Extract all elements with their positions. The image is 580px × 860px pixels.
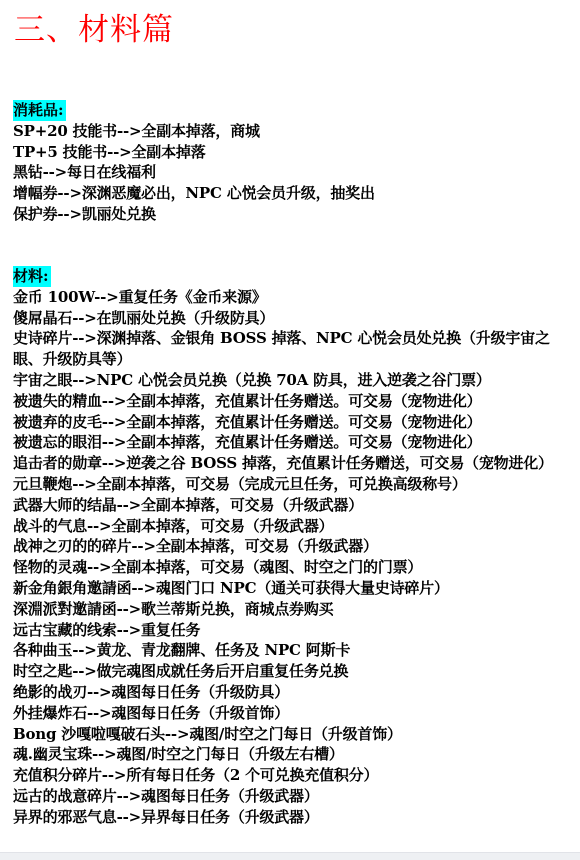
list-item: 外挂爆炸石-->魂图每日任务（升级首饰）: [13, 703, 573, 724]
list-item: 怪物的灵魂-->全副本掉落，可交易（魂图、时空之门的门票）: [13, 557, 573, 578]
list-item: 被遗忘的眼泪-->全副本掉落，充值累计任务赠送。可交易（宠物进化）: [13, 432, 573, 453]
list-item: 追击者的勋章-->逆袭之谷 BOSS 掉落，充值累计任务赠送，可交易（宠物进化）: [13, 453, 573, 474]
list-item: 充值积分碎片-->所有每日任务（2 个可兑换充值积分）: [13, 765, 573, 786]
list-item: 魂.幽灵宝珠-->魂图/时空之门每日（升级左右槽）: [13, 744, 573, 765]
list-item: SP+20 技能书-->全副本掉落，商城: [13, 121, 573, 142]
list-item: 时空之匙-->做完魂图成就任务后开启重复任务兑换: [13, 661, 573, 682]
consumables-label: 消耗品:: [13, 100, 66, 121]
materials-section: 材料: 金币 100W-->重复任务《金币来源》 傻屌晶石-->在凯丽处兑换（升…: [13, 266, 573, 828]
list-item: 宇宙之眼-->NPC 心悦会员兑换（兑换 70A 防具，进入逆袭之谷门票）: [13, 370, 573, 391]
list-item: 傻屌晶石-->在凯丽处兑换（升级防具）: [13, 308, 573, 329]
list-item: 战斗的气息-->全副本掉落，可交易（升级武器）: [13, 516, 573, 537]
document-page: 三、材料篇 消耗品: SP+20 技能书-->全副本掉落，商城 TP+5 技能书…: [0, 0, 580, 852]
list-item: 各种曲玉-->黄龙、青龙翻牌、任务及 NPC 阿斯卡: [13, 640, 573, 661]
list-item: 金币 100W-->重复任务《金币来源》: [13, 287, 573, 308]
list-item: 增幅券-->深渊恶魔必出，NPC 心悦会员升级，抽奖出: [13, 183, 573, 204]
list-item: 元旦鞭炮-->全副本掉落，可交易（完成元旦任务，可兑换高级称号）: [13, 474, 573, 495]
list-item: 深淵派對邀請函-->歌兰蒂斯兑换，商城点券购买: [13, 599, 573, 620]
list-item: 新金角銀角邀請函-->魂图门口 NPC（通关可获得大量史诗碎片）: [13, 578, 573, 599]
list-item: 武器大师的结晶-->全副本掉落，可交易（升级武器）: [13, 495, 573, 516]
list-item: 黑钻-->每日在线福利: [13, 162, 573, 183]
list-item: 史诗碎片-->深渊掉落、金银角 BOSS 掉落、NPC 心悦会员处兑换（升级宇宙…: [13, 328, 573, 370]
list-item: 被遗弃的皮毛-->全副本掉落，充值累计任务赠送。可交易（宠物进化）: [13, 412, 573, 433]
page-bottom-edge: [0, 852, 580, 860]
list-item: 远古的战意碎片-->魂图每日任务（升级武器）: [13, 786, 573, 807]
materials-label: 材料:: [13, 266, 51, 287]
page-title: 三、材料篇: [14, 10, 174, 50]
list-item: 绝影的战刃-->魂图每日任务（升级防具）: [13, 682, 573, 703]
list-item: TP+5 技能书-->全副本掉落: [13, 142, 573, 163]
list-item: 远古宝藏的线索-->重复任务: [13, 620, 573, 641]
list-item: 被遗失的精血-->全副本掉落，充值累计任务赠送。可交易（宠物进化）: [13, 391, 573, 412]
list-item: 战神之刃的的碎片-->全副本掉落，可交易（升级武器）: [13, 536, 573, 557]
list-item: 异界的邪恶气息-->异界每日任务（升级武器）: [13, 807, 573, 828]
list-item: Bong 沙嘎啦嘎破石头-->魂图/时空之门每日（升级首饰）: [13, 724, 573, 745]
list-item: 保护券-->凯丽处兑换: [13, 204, 573, 225]
consumables-section: 消耗品: SP+20 技能书-->全副本掉落，商城 TP+5 技能书-->全副本…: [13, 100, 573, 225]
